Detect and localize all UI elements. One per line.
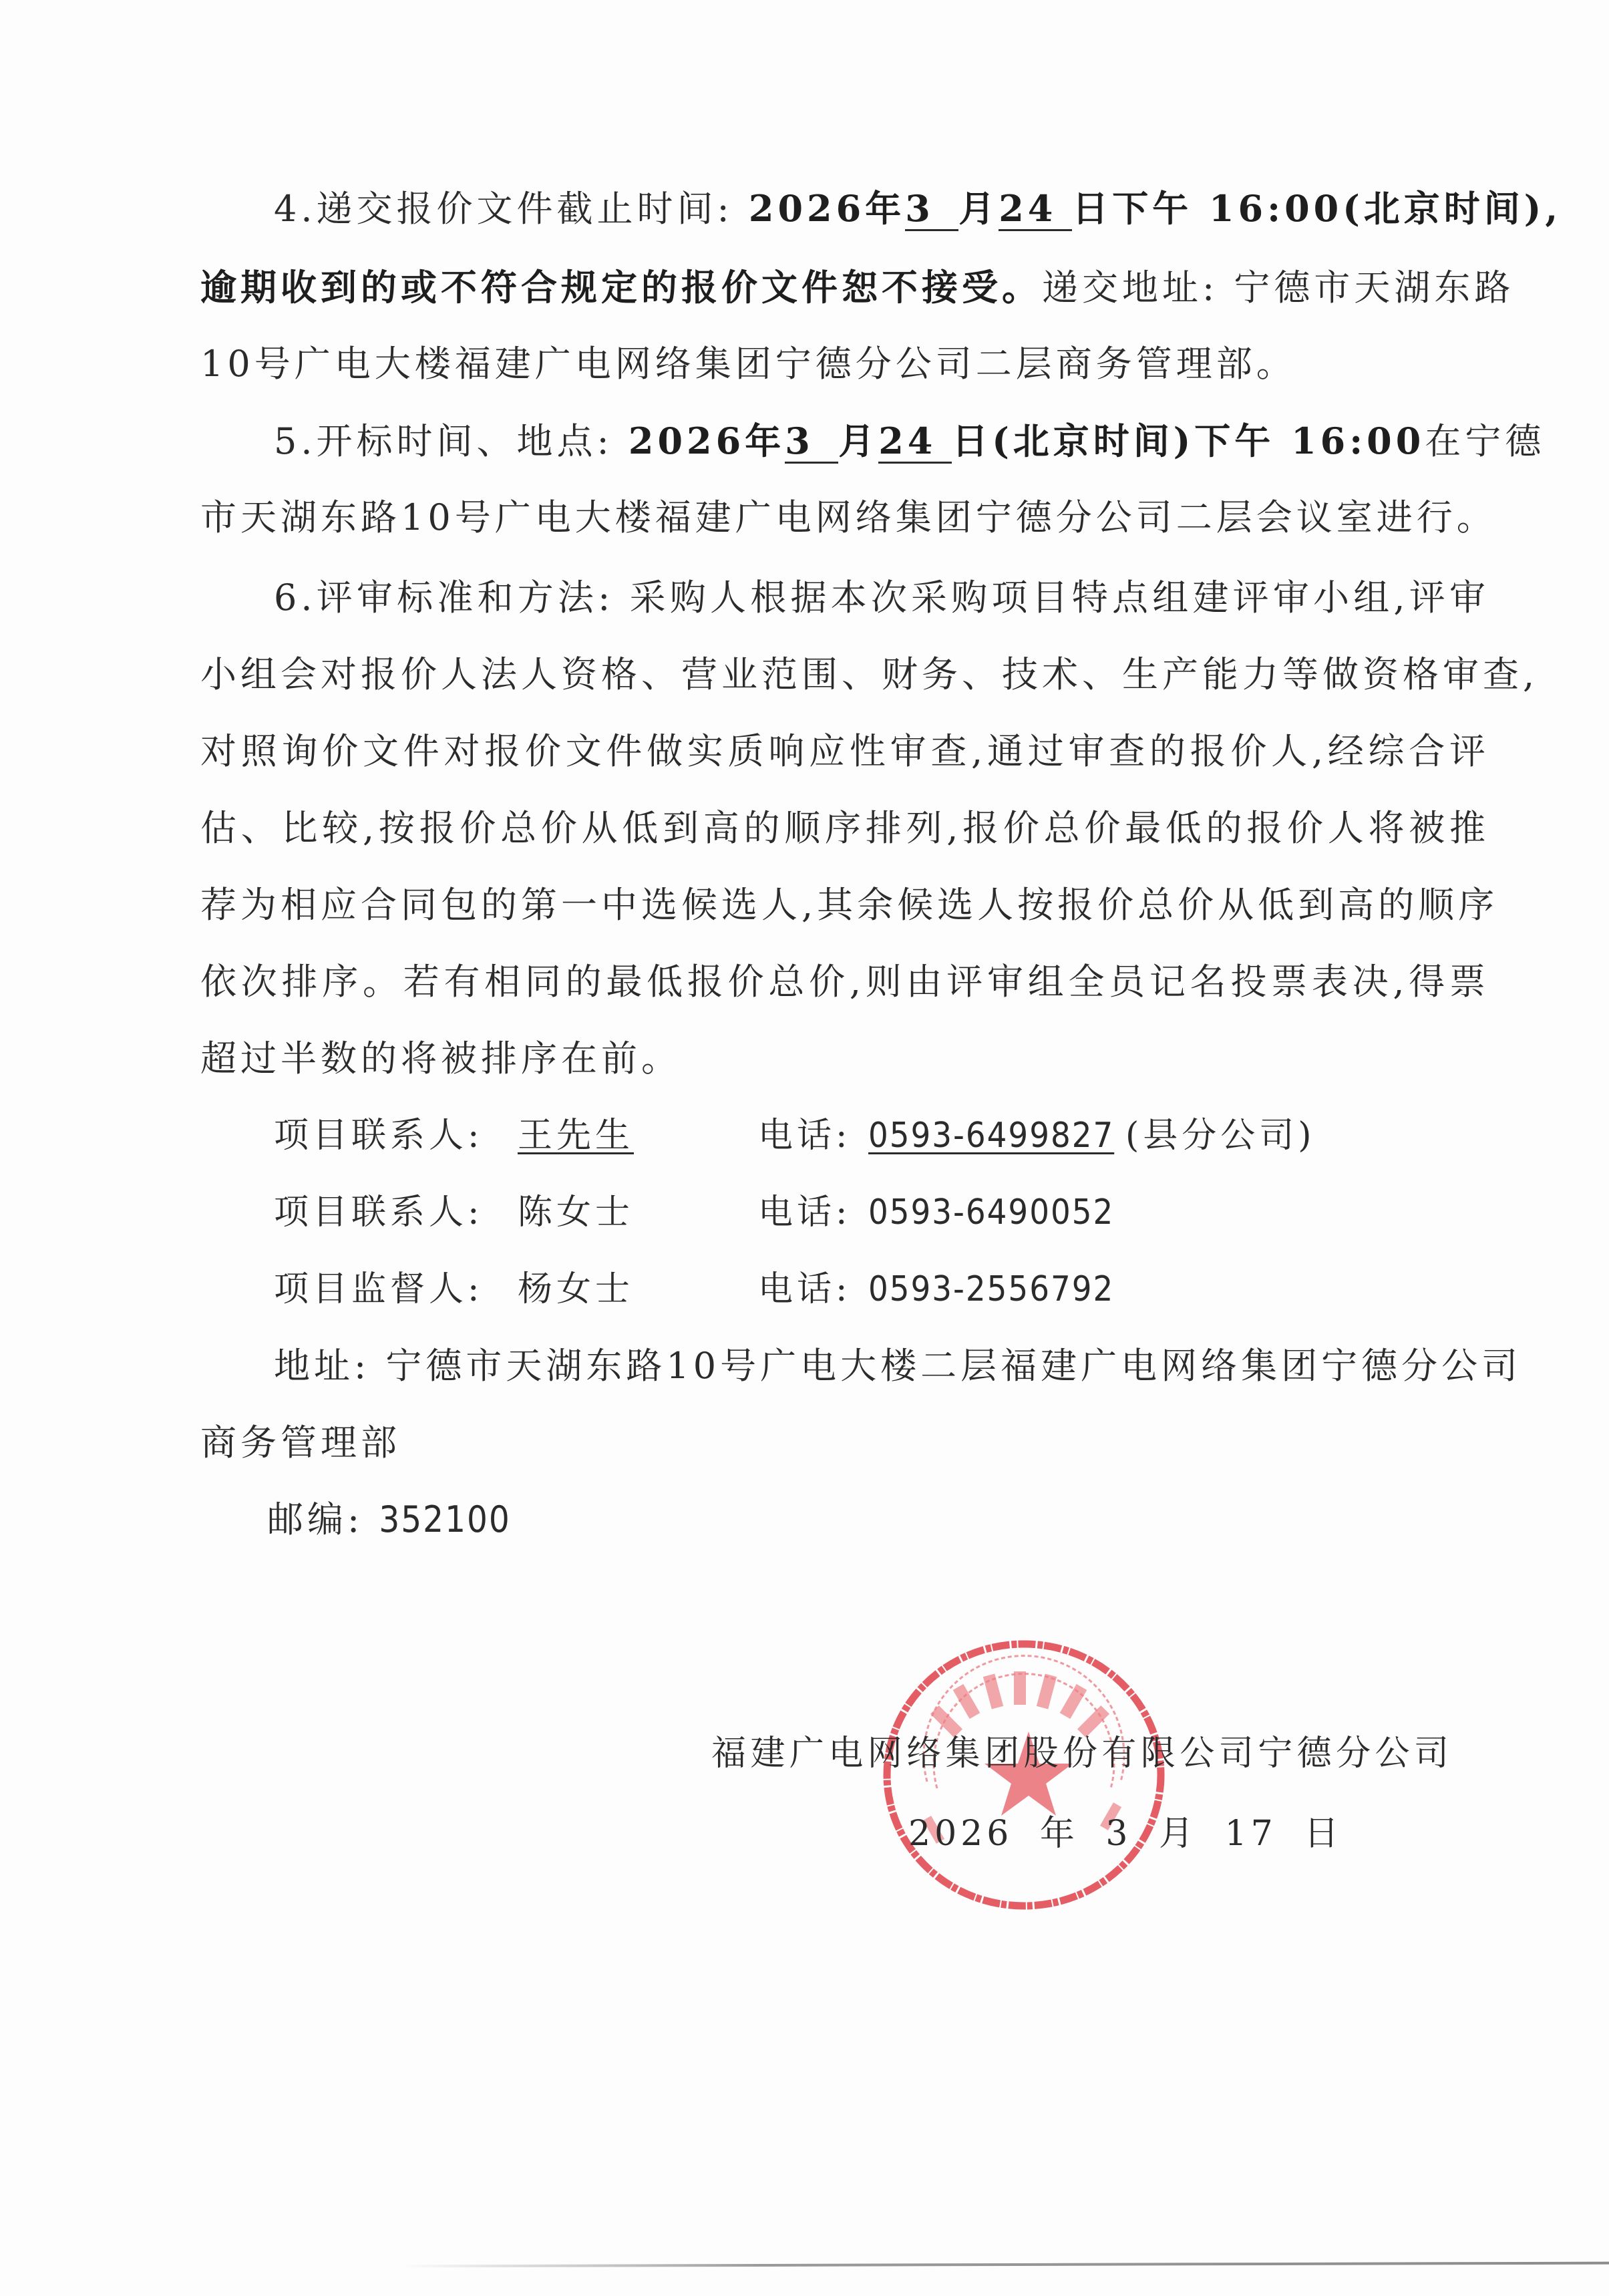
address-line2: 商务管理部: [200, 1416, 1489, 1470]
item6-line1: 6.评审标准和方法: 采购人根据本次采购项目特点组建评审小组,评审: [274, 571, 1489, 625]
document-page: 4.递交报价文件截止时间: 2026年3月24日下午 16:00(北京时间), …: [0, 0, 1609, 2296]
signature-day-unit: 日: [1304, 1814, 1343, 1854]
item4-address-start: 递交地址: 宁德市天湖东路: [1042, 267, 1514, 309]
item6-line7: 超过半数的将被排序在前。: [200, 1032, 1489, 1086]
contact-label: 项目联系人:: [274, 1186, 484, 1239]
item5-day-unit: 日: [952, 420, 992, 462]
item4-day-unit: 日: [1072, 187, 1112, 230]
item4-time: 下午 16:00(北京时间),: [1112, 187, 1562, 230]
contact-name: 王先生: [518, 1109, 634, 1162]
signature-year: 2026: [908, 1814, 1013, 1854]
item5-prefix: 5.开标时间、地点:: [274, 420, 629, 462]
item5-month-unit: 月: [838, 420, 878, 462]
item6-line3: 对照询价文件对报价文件做实质响应性审查,通过审查的报价人,经综合评: [200, 725, 1489, 778]
item5-year: 2026: [629, 420, 745, 462]
signature-date: 2026 年 3 月 17 日: [908, 1807, 1343, 1860]
contact-tel: 0593-6499827: [868, 1109, 1114, 1162]
signature-company: 福建广电网络集团股份有限公司宁德分公司: [711, 1727, 1453, 1780]
item5-day: 24: [878, 420, 952, 464]
postcode: 邮编: 352100: [267, 1493, 668, 1546]
item4-line3: 10号广电大楼福建广电网络集团宁德分公司二层商务管理部。: [200, 337, 1489, 391]
item4-month: 3: [905, 188, 958, 231]
item5-line2: 市天湖东路10号广电大楼福建广电网络集团宁德分公司二层会议室进行。: [200, 491, 1489, 544]
supervisor-name: 杨女士: [518, 1263, 634, 1316]
contact-tel-label: 电话:: [758, 1186, 852, 1239]
signature-month-unit: 月: [1159, 1814, 1198, 1854]
item5-line1: 5.开标时间、地点: 2026年3月24日(北京时间)下午 16:00在宁德: [274, 414, 1489, 468]
address-line1: 地址: 宁德市天湖东路10号广电大楼二层福建广电网络集团宁德分公司: [274, 1339, 1489, 1393]
scan-edge-line: [401, 2262, 1609, 2268]
item4-year-unit: 年: [865, 187, 905, 230]
item4-day: 24: [999, 188, 1072, 231]
signature-month: 3: [1105, 1814, 1131, 1854]
item4-late-notice: 逾期收到的或不符合规定的报价文件恕不接受。: [200, 266, 1042, 309]
item5-year-unit: 年: [745, 420, 785, 462]
contact-note: (县分公司): [1125, 1109, 1316, 1162]
contact-name: 陈女士: [518, 1186, 634, 1239]
item4-line1: 4.递交报价文件截止时间: 2026年3月24日下午 16:00(北京时间),: [274, 182, 1489, 235]
item6-line6: 依次排序。若有相同的最低报价总价,则由评审组全员记名投票表决,得票: [200, 955, 1489, 1009]
signature-year-unit: 年: [1040, 1814, 1079, 1854]
item6-line2: 小组会对报价人法人资格、营业范围、财务、技术、生产能力等做资格审查,: [200, 648, 1489, 701]
item4-prefix: 4.递交报价文件截止时间:: [274, 188, 749, 230]
item6-line5: 荐为相应合同包的第一中选候选人,其余候选人按报价总价从低到高的顺序: [200, 878, 1489, 932]
postcode-label: 邮编:: [267, 1498, 363, 1540]
item4-month-unit: 月: [958, 187, 999, 230]
item4-line2: 逾期收到的或不符合规定的报价文件恕不接受。递交地址: 宁德市天湖东路: [200, 261, 1489, 314]
signature-day: 17: [1225, 1814, 1277, 1854]
postcode-value: 352100: [379, 1498, 510, 1540]
item4-year: 2026: [749, 187, 865, 230]
item5-time: (北京时间)下午 16:00: [992, 420, 1425, 462]
supervisor-label: 项目监督人:: [274, 1263, 484, 1316]
item5-suffix: 在宁德: [1425, 420, 1545, 462]
supervisor-tel-label: 电话:: [758, 1263, 852, 1316]
item6-line4: 估、比较,按报价总价从低到高的顺序排列,报价总价最低的报价人将被推: [200, 802, 1489, 855]
contact-tel: 0593-6490052: [868, 1186, 1114, 1239]
contact-tel-label: 电话:: [758, 1109, 852, 1162]
contact-label: 项目联系人:: [274, 1109, 484, 1162]
supervisor-tel: 0593-2556792: [868, 1263, 1114, 1316]
item5-month: 3: [785, 420, 838, 464]
